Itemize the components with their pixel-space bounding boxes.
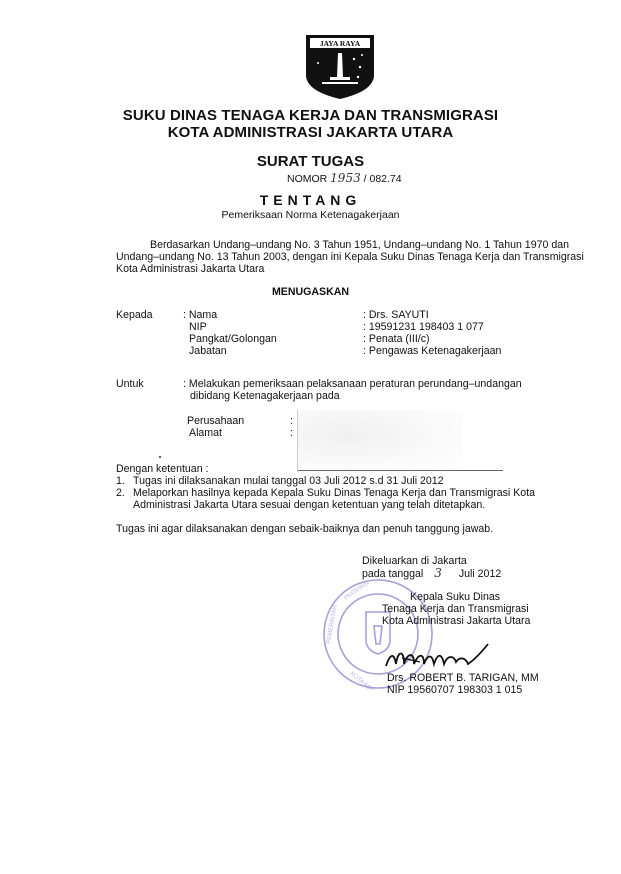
address-colon: :: [290, 428, 293, 440]
agency-name: SUKU DINAS TENAGA KERJA DAN TRANSMIGRASI: [0, 107, 621, 124]
field-value-rank: : Penata (III/c): [363, 334, 430, 346]
signatory-title: Kepala Suku Dinas: [410, 592, 500, 604]
intro-line: Undang–undang No. 13 Tahun 2003, dengan …: [116, 252, 584, 264]
provision-text: Melaporkan hasilnya kepada Kepala Suku D…: [133, 488, 535, 500]
date-rest: Juli 2012: [459, 568, 501, 580]
signature-icon: [380, 636, 500, 676]
redacted-company-area: [297, 410, 463, 472]
redaction-underline: [298, 470, 503, 471]
letter-title: SURAT TUGAS: [0, 153, 621, 170]
kepada-label: Kepada: [116, 310, 153, 322]
field-label-nip: NIP: [189, 322, 207, 334]
stray-mark: [159, 456, 161, 458]
about-label: TENTANG: [0, 192, 621, 208]
field-value-position: : Pengawas Ketenagakerjaan: [363, 346, 501, 358]
jakarta-emblem-icon: JAYA RAYA: [304, 29, 376, 101]
signatory-title: Tenaga Kerja dan Transmigrasi: [382, 604, 529, 616]
provision-num: 2.: [116, 488, 125, 500]
task-line: : Melakukan pemeriksaan pelaksanaan pera…: [183, 379, 522, 391]
provision-num: 1.: [116, 476, 125, 488]
assign-heading: MENUGASKAN: [0, 286, 621, 298]
intro-line: Kota Administrasi Jakarta Utara: [116, 264, 264, 276]
number-label: NOMOR: [287, 173, 327, 185]
provision-text: Tugas ini dilaksanakan mulai tanggal 03 …: [133, 476, 444, 488]
field-label-position: Jabatan: [189, 346, 227, 358]
letter-number: NOMOR 1953 / 082.74: [287, 171, 402, 185]
field-value-nip: : 19591231 198403 1 077: [363, 322, 484, 334]
signatory-nip: NIP 19560707 198303 1 015: [387, 685, 522, 697]
date-day-handwritten: 3: [434, 566, 442, 580]
field-label-rank: Pangkat/Golongan: [189, 334, 277, 346]
provisions-heading: Dengan ketentuan :: [116, 464, 208, 476]
field-value-name: : Drs. SAYUTI: [363, 310, 429, 322]
number-handwritten: 1953: [330, 171, 361, 185]
agency-city: KOTA ADMINISTRASI JAKARTA UTARA: [0, 124, 621, 141]
company-label: Perusahaan: [187, 416, 244, 428]
company-colon: :: [290, 416, 293, 428]
svg-text:JAYA RAYA: JAYA RAYA: [320, 39, 361, 48]
number-suffix: / 082.74: [364, 173, 402, 185]
provision-text: Administrasi Jakarta Utara sesuai dengan…: [133, 500, 485, 512]
signatory-name: Drs. ROBERT B. TARIGAN, MM: [387, 673, 539, 685]
field-label-name: : Nama: [183, 310, 217, 322]
closing-text: Tugas ini agar dilaksanakan dengan sebai…: [116, 524, 493, 536]
task-line: dibidang Ketenagakerjaan pada: [190, 391, 340, 403]
issued-place: Dikeluarkan di Jakarta: [362, 556, 467, 568]
about-text: Pemeriksaan Norma Ketenagakerjaan: [0, 209, 621, 221]
signatory-title: Kota Administrasi Jakarta Utara: [382, 616, 530, 628]
address-label: Alamat: [189, 428, 222, 440]
intro-line: Berdasarkan Undang–undang No. 3 Tahun 19…: [150, 240, 569, 252]
untuk-label: Untuk: [116, 379, 144, 391]
svg-text:PEMERINTAH: PEMERINTAH: [326, 605, 339, 644]
